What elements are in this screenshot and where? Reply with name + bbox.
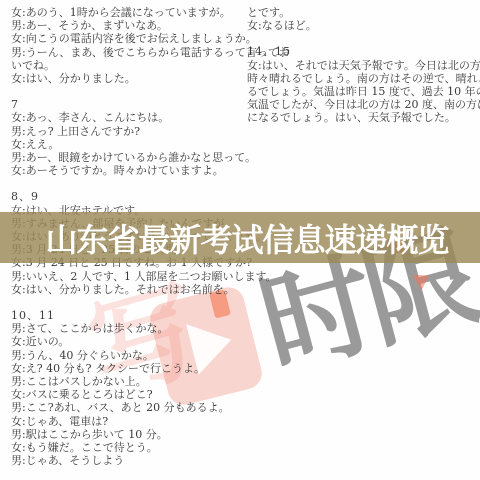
transcript-section: 7 女:あっ、李さん、こんにちは。 男:えっ? 上田さんですか? 女:ええ。 男… bbox=[11, 98, 241, 177]
transcript-line: 男:ここはバスしかない上。 bbox=[11, 375, 241, 388]
transcript-line: 女:あのう、1時から会議になっていますが。 bbox=[11, 6, 241, 19]
transcript-section: 14、15 女:はい、それでは天気予報です。今日は北の方は曇り、 時々晴れるでし… bbox=[247, 45, 477, 124]
transcript-line: 時々晴れるでしょう。南の方はその逆で、晴れ、時々曇 bbox=[247, 72, 477, 85]
document-page: 写 时限 女:あのう、1時から会議になっていますが。 男:あー、そうか、まずいな… bbox=[0, 0, 480, 480]
transcript-line: 男:いいえ、2 人です、1 人部屋を二つお願いします。 bbox=[11, 270, 241, 283]
transcript-line: 男:ここ?あれ、バス、あと 20 分もあるよ。 bbox=[11, 401, 241, 414]
transcript-line: になるでしょう。はい、天気予報でした。 bbox=[247, 111, 477, 124]
transcript-line: 女:あーそうですか。時々かけていますよ。 bbox=[11, 164, 241, 177]
section-number: 7 bbox=[11, 98, 241, 111]
transcript-line: いでね。 bbox=[11, 59, 241, 72]
transcript-line: 女:あっ、李さん、こんにちは。 bbox=[11, 111, 241, 124]
transcript-line: 男:駅はここから歩いて 10 分。 bbox=[11, 428, 241, 441]
transcript-section: とです。 女:なるほど。 bbox=[247, 6, 477, 32]
transcript-section: 女:あのう、1時から会議になっていますが。 男:あー、そうか、まずいなあ。 女:… bbox=[11, 6, 241, 85]
transcript-line: るでしょう。気温は昨日 15 度で、過去 10 年の最も低い bbox=[247, 85, 477, 98]
transcript-line: 男:さて、ここからは歩くかな。 bbox=[11, 322, 241, 335]
headline-banner: 山东省最新考试信息速递概览 bbox=[0, 212, 480, 263]
transcript-line: 女:なるほど。 bbox=[247, 19, 477, 32]
transcript-section: 10、11 男:さて、ここからは歩くかな。 女:近いの。 男:うん、40 分ぐら… bbox=[11, 309, 241, 467]
transcript-line: 男:うーん、まあ、後でこちらから電話するって言ってお bbox=[11, 46, 241, 59]
transcript-line: 男:えっ? 上田さんですか? bbox=[11, 125, 241, 138]
transcript-line: 男:うん、40 分ぐらいかな。 bbox=[11, 349, 241, 362]
transcript-line: 気温でしたが、今日は北の方は 20 度、南の方は 23 度 bbox=[247, 98, 477, 111]
section-number: 8、9 bbox=[11, 190, 241, 203]
transcript-line: 女:え? 40 分も? タクシーで行こうよ。 bbox=[11, 362, 241, 375]
transcript-line: 男:あー、眼鏡をかけているから誰かなと思って。 bbox=[11, 151, 241, 164]
transcript-line: とです。 bbox=[247, 6, 477, 19]
transcript-line: 男:じゃあ、そうしよう bbox=[11, 454, 241, 467]
transcript-line: 女:はい、分かりました。 bbox=[11, 72, 241, 85]
headline-title: 山东省最新考试信息速递概览 bbox=[45, 215, 448, 261]
transcript-line: 女:もう嫌だ。ここで待とう。 bbox=[11, 441, 241, 454]
transcript-line: 女:バスに乗るところはどこ? bbox=[11, 388, 241, 401]
section-number: 14、15 bbox=[247, 45, 477, 58]
transcript-line: 女:近いの。 bbox=[11, 335, 241, 348]
transcript-line: 女:はい、それでは天気予報です。今日は北の方は曇り、 bbox=[247, 59, 477, 72]
transcript-line: 女:向こうの電話内容を後でお伝えしましょうか。 bbox=[11, 32, 241, 45]
transcript-right-column: とです。 女:なるほど。 14、15 女:はい、それでは天気予報です。今日は北の… bbox=[247, 6, 477, 125]
transcript-line: 女:はい、分かりました。それではお名前を。 bbox=[11, 283, 241, 296]
section-number: 10、11 bbox=[11, 309, 241, 322]
watermark-accent-wedge bbox=[412, 268, 433, 291]
transcript-line: 女:じゃあ、電車は? bbox=[11, 415, 241, 428]
transcript-line: 女:ええ。 bbox=[11, 138, 241, 151]
transcript-line: 男:あー、そうか、まずいなあ。 bbox=[11, 19, 241, 32]
